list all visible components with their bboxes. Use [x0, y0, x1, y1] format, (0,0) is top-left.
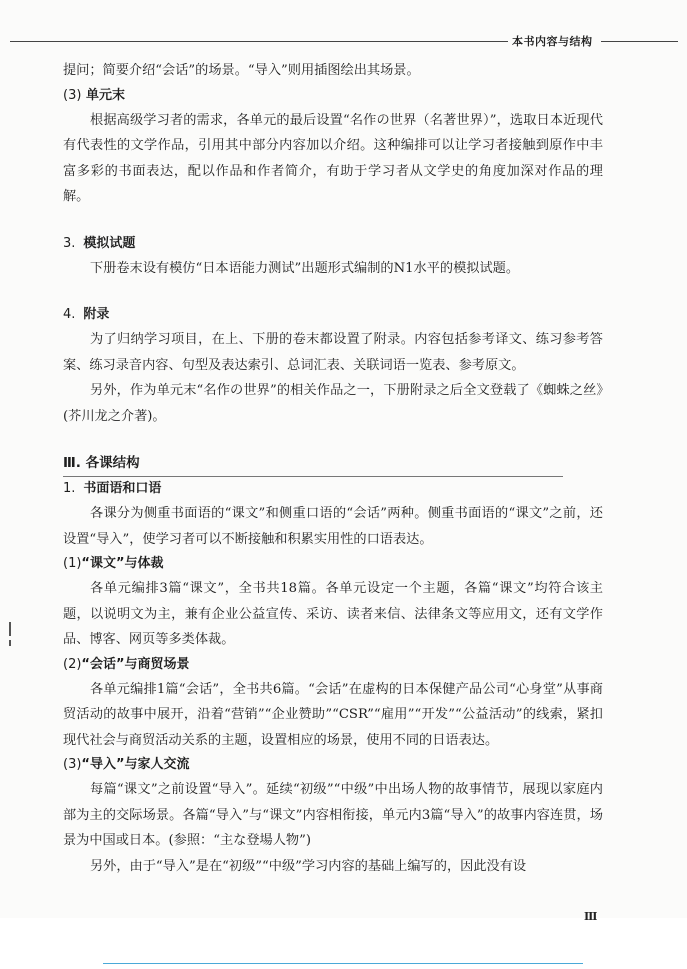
paragraph: 各单元编排1篇“会话”，全书共6篇。“会话”在虚构的日本保健产品公司“心身堂”从…: [63, 677, 603, 754]
document-body: 提问；简要介绍“会话”的场景。“导入”则用插图绘出其场景。 (3) 单元末 根据…: [63, 58, 603, 879]
paragraph: 根据高级学习者的需求，各单元的最后设置“名作の世界（名著世界）”，选取日本近现代…: [63, 108, 603, 210]
subheading-text: 单元末: [86, 88, 125, 103]
heading-text: 模拟试题: [83, 236, 135, 251]
continued-paragraph: 提问；简要介绍“会话”的场景。“导入”则用插图绘出其场景。: [63, 58, 603, 84]
paragraph: 各单元编排3篇“课文”，全书共18篇。各单元设定一个主题，各篇“课文”均符合该主…: [63, 576, 603, 653]
heading-written-spoken: 1.书面语和口语: [63, 477, 603, 501]
subheading-number: (1): [63, 556, 81, 571]
paragraph: 另外，作为单元末“名作の世界”的相关作品之一，下册附录之后全文登载了《蜘蛛之丝》…: [63, 378, 603, 429]
header-rule-right: [601, 41, 678, 42]
subheading-intro-family: (3)“导入”与家人交流: [63, 753, 603, 777]
subheading-number: (3): [63, 757, 81, 772]
header-rule-left: [10, 41, 508, 42]
subheading-conversation-business: (2)“会话”与商贸场景: [63, 653, 603, 677]
heading-number: 4.: [63, 307, 75, 322]
heading-appendix: 4.附录: [63, 303, 603, 327]
section-title-lesson-structure: Ⅲ. 各课结构: [63, 451, 563, 477]
subheading-text-genre: (1)“课文”与体裁: [63, 552, 603, 576]
subheading-text: “导入”与家人交流: [81, 757, 189, 772]
heading-number: 3.: [63, 236, 75, 251]
scan-margin-mark: [9, 640, 11, 646]
paragraph: 各课分为侧重书面语的“课文”和侧重口语的“会话”两种。侧重书面语的“课文”之前，…: [63, 501, 603, 552]
subheading-unit-end: (3) 单元末: [63, 84, 603, 108]
subheading-number: (3): [63, 88, 81, 103]
subheading-text: “课文”与体裁: [81, 556, 163, 571]
bottom-divider: [103, 963, 583, 964]
heading-text: 书面语和口语: [83, 481, 161, 496]
heading-mock-test: 3.模拟试题: [63, 232, 603, 256]
subheading-number: (2): [63, 657, 81, 672]
paragraph: 另外，由于“导入”是在“初级”“中级”学习内容的基础上编写的，因此没有设: [63, 854, 603, 880]
paragraph: 每篇“课文”之前设置“导入”。延续“初级”“中级”中出场人物的故事情节，展现以家…: [63, 777, 603, 854]
page-number: III: [584, 910, 596, 923]
page-bottom-blank: [97, 921, 687, 969]
heading-text: 附录: [83, 307, 109, 322]
running-header-title: 本书内容与结构: [512, 33, 593, 49]
subheading-text: “会话”与商贸场景: [81, 657, 189, 672]
paragraph: 为了归纳学习项目，在上、下册的卷末都设置了附录。内容包括参考译文、练习参考答案、…: [63, 327, 603, 378]
paragraph: 下册卷末设有模仿“日本语能力测试”出题形式编制的N1水平的模拟试题。: [63, 256, 603, 282]
scan-margin-mark: [9, 622, 11, 636]
heading-number: 1.: [63, 481, 75, 496]
